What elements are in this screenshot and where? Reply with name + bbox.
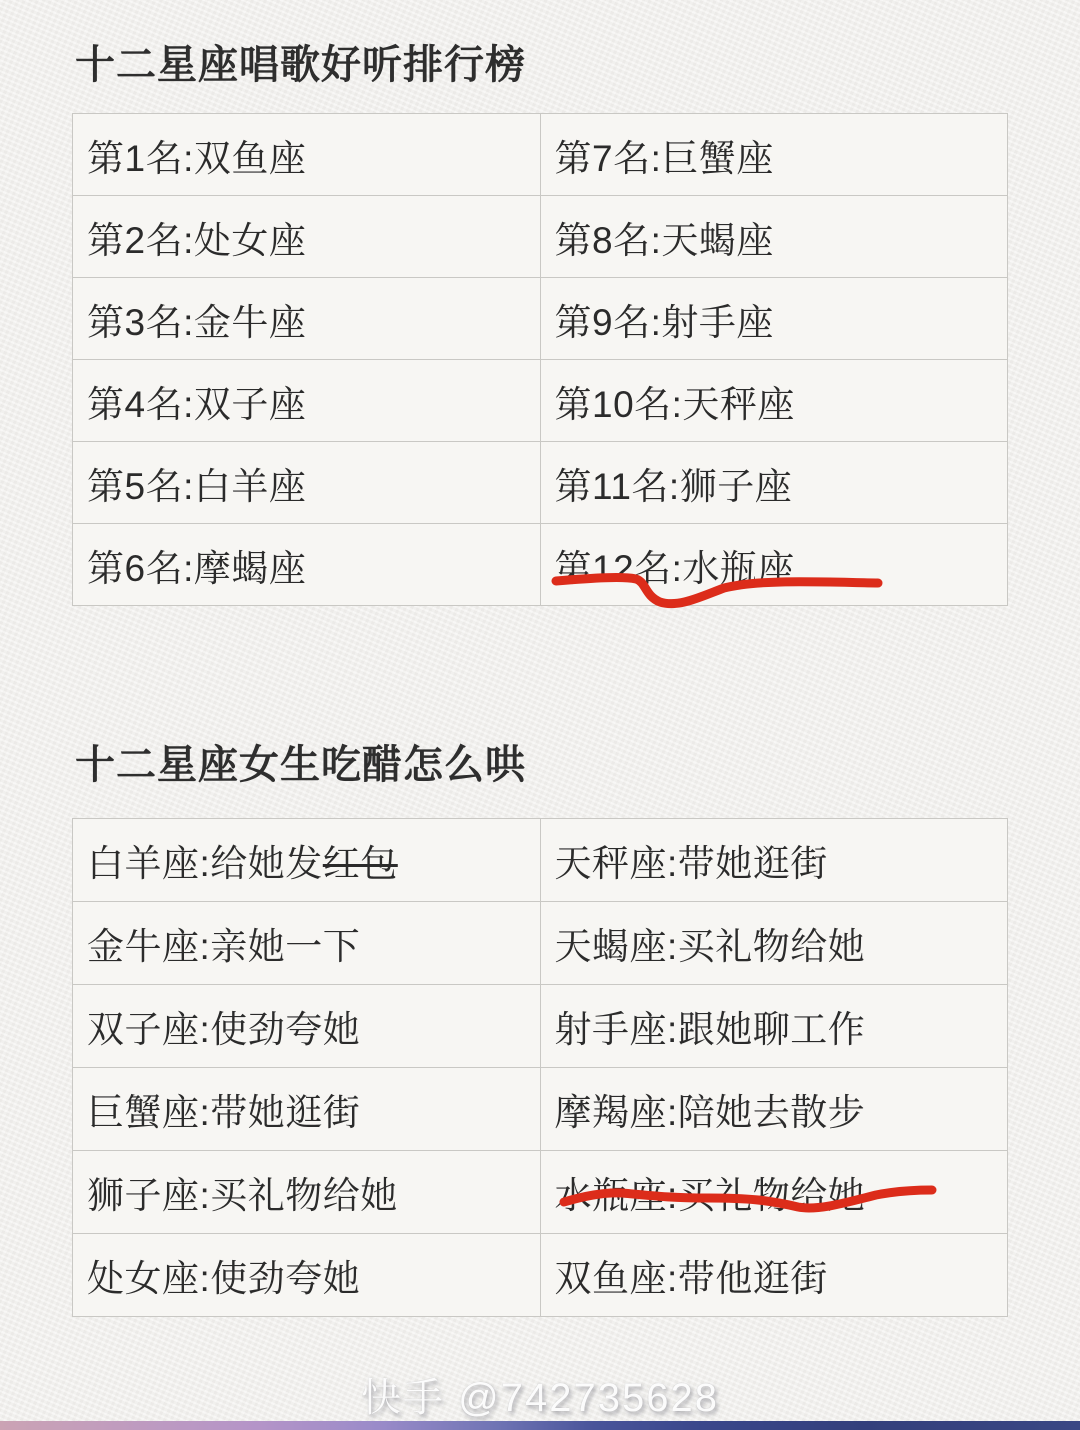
table-row: 第6名:摩蝎座 第12名:水瓶座 — [73, 524, 1008, 606]
table-row: 金牛座:亲她一下 天蝎座:买礼物给她 — [73, 902, 1008, 985]
table-cell-rank-12: 第12名:水瓶座 — [540, 524, 1008, 606]
table-row: 处女座:使劲夸她 双鱼座:带他逛街 — [73, 1234, 1008, 1317]
table-cell-leo: 狮子座:买礼物给她 — [73, 1151, 541, 1234]
table-cell-pisces: 双鱼座:带他逛街 — [540, 1234, 1008, 1317]
table-cell-gemini: 双子座:使劲夸她 — [73, 985, 541, 1068]
table-cell-rank-10: 第10名:天秤座 — [540, 360, 1008, 442]
singing-ranking-title: 十二星座唱歌好听排行榜 — [75, 33, 526, 90]
bottom-gradient-bar — [0, 1421, 1080, 1430]
table-cell-taurus: 金牛座:亲她一下 — [73, 902, 541, 985]
table-row: 巨蟹座:带她逛街 摩羯座:陪她去散步 — [73, 1068, 1008, 1151]
table-cell-rank-4: 第4名:双子座 — [73, 360, 541, 442]
table-cell-rank-9: 第9名:射手座 — [540, 278, 1008, 360]
jealous-guide-title: 十二星座女生吃醋怎么哄 — [75, 733, 526, 790]
singing-ranking-table: 第1名:双鱼座 第7名:巨蟹座 第2名:处女座 第8名:天蝎座 第3名:金牛座 … — [72, 113, 1008, 606]
table-cell-virgo: 处女座:使劲夸她 — [73, 1234, 541, 1317]
table-row: 双子座:使劲夸她 射手座:跟她聊工作 — [73, 985, 1008, 1068]
table-row: 狮子座:买礼物给她 水瓶座:买礼物给她 — [73, 1151, 1008, 1234]
shared-image-page: 十二星座唱歌好听排行榜 第1名:双鱼座 第7名:巨蟹座 第2名:处女座 第8名:… — [0, 0, 1080, 1430]
table-cell-aquarius: 水瓶座:买礼物给她 — [540, 1151, 1008, 1234]
table-row: 第1名:双鱼座 第7名:巨蟹座 — [73, 114, 1008, 196]
table-cell-rank-3: 第3名:金牛座 — [73, 278, 541, 360]
table-cell-rank-2: 第2名:处女座 — [73, 196, 541, 278]
table-cell-rank-6: 第6名:摩蝎座 — [73, 524, 541, 606]
table-cell-scorpio: 天蝎座:买礼物给她 — [540, 902, 1008, 985]
table-cell-rank-1: 第1名:双鱼座 — [73, 114, 541, 196]
table-cell-rank-5: 第5名:白羊座 — [73, 442, 541, 524]
table-cell-capricorn: 摩羯座:陪她去散步 — [540, 1068, 1008, 1151]
table-cell-rank-7: 第7名:巨蟹座 — [540, 114, 1008, 196]
jealous-guide-table: 白羊座:给她发红包 天秤座:带她逛街 金牛座:亲她一下 天蝎座:买礼物给她 双子… — [72, 818, 1008, 1317]
table-cell-cancer: 巨蟹座:带她逛街 — [73, 1068, 541, 1151]
table-row: 白羊座:给她发红包 天秤座:带她逛街 — [73, 819, 1008, 902]
table-row: 第4名:双子座 第10名:天秤座 — [73, 360, 1008, 442]
struck-text: 红包 — [323, 843, 398, 884]
table-cell-sagittarius: 射手座:跟她聊工作 — [540, 985, 1008, 1068]
table-row: 第3名:金牛座 第9名:射手座 — [73, 278, 1008, 360]
kuaishou-watermark: 快手 @742735628 — [0, 1366, 1080, 1423]
table-cell-aries: 白羊座:给她发红包 — [73, 819, 541, 902]
table-row: 第5名:白羊座 第11名:狮子座 — [73, 442, 1008, 524]
table-row: 第2名:处女座 第8名:天蝎座 — [73, 196, 1008, 278]
table-cell-libra: 天秤座:带她逛街 — [540, 819, 1008, 902]
table-cell-rank-11: 第11名:狮子座 — [540, 442, 1008, 524]
table-cell-rank-8: 第8名:天蝎座 — [540, 196, 1008, 278]
